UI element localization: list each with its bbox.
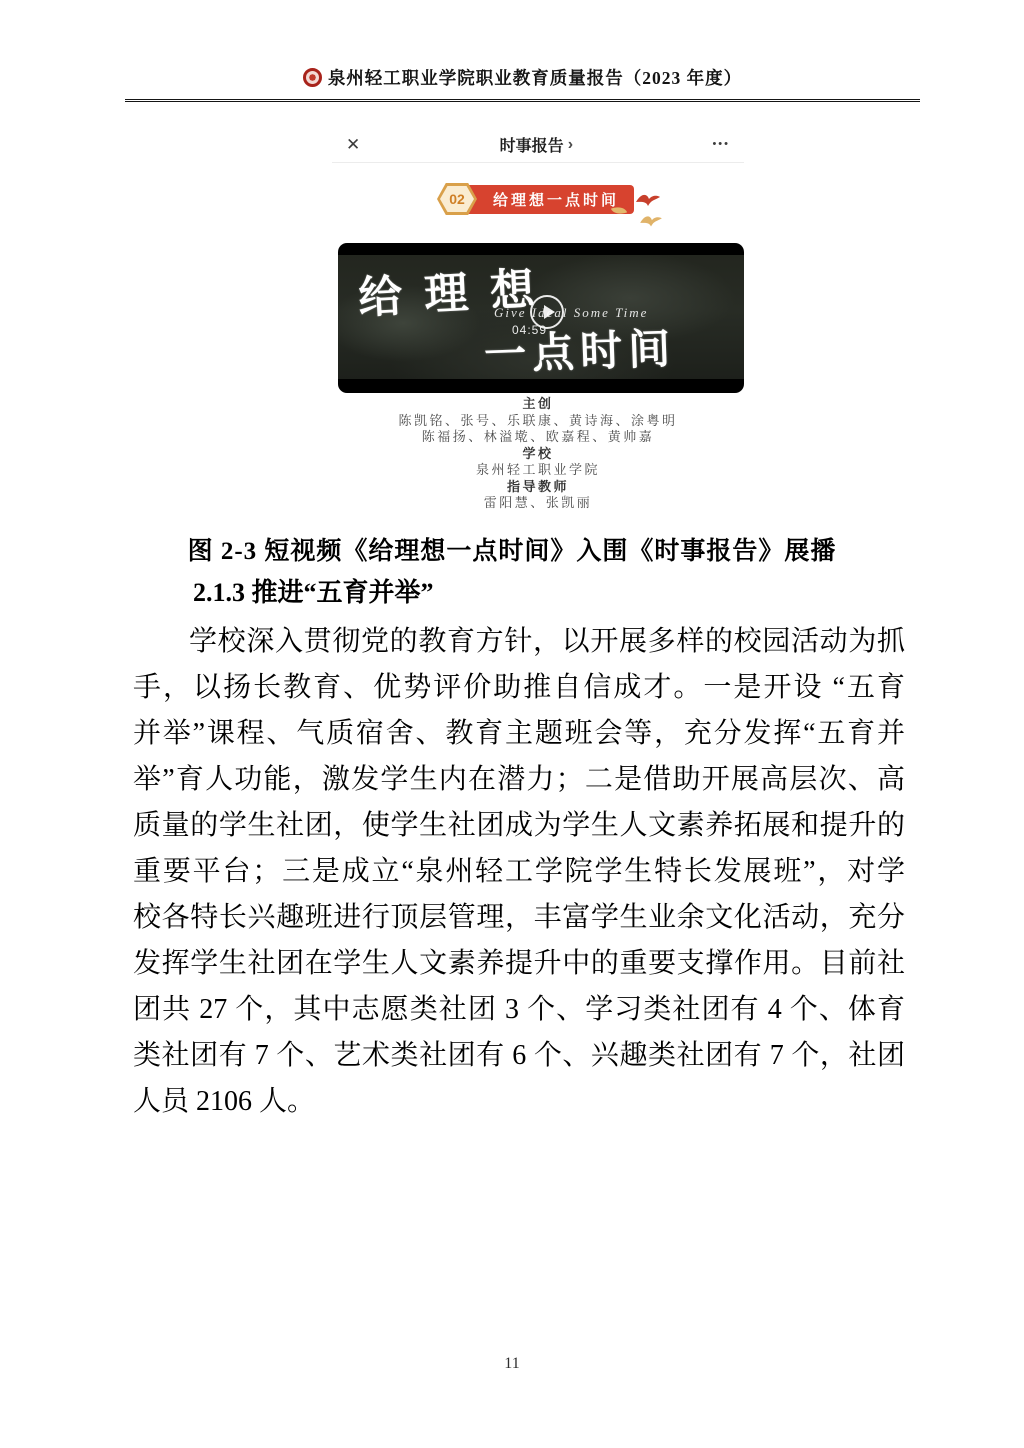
- credit-names: 陈凯铭、张号、乐联康、黄诗海、涂粤明: [332, 413, 744, 430]
- body-paragraph-line: 发挥学生社团在学生人文素养提升中的重要支撑作用。目前社: [133, 941, 905, 987]
- body-paragraph-line: 类社团有 7 个、艺术类社团有 6 个、兴趣类社团有 7 个，社团: [133, 1033, 905, 1079]
- credit-names: 泉州轻工职业学院: [332, 462, 744, 479]
- chevron-right-icon: ›: [568, 136, 573, 154]
- body-paragraph-line: 并举”课程、气质宿舍、教育主题班会等，充分发挥“五育并: [133, 711, 905, 757]
- phone-screenshot-navbar: ✕ 时事报告 › •••: [332, 127, 744, 163]
- credit-role-label: 学校: [332, 446, 744, 463]
- school-seal-icon: [303, 68, 322, 87]
- phone-nav-title-text: 时事报告: [500, 133, 564, 156]
- banner-number-badge-inner: 02: [440, 186, 474, 212]
- page-number: 11: [0, 1355, 1024, 1373]
- more-icon: •••: [712, 139, 730, 150]
- body-paragraph-line: 重要平台；三是成立“泉州轻工学院学生特长发展班”，对学: [133, 849, 905, 895]
- banner-number: 02: [449, 191, 465, 207]
- section-banner: 给理想一点时间: [452, 185, 634, 214]
- section-heading: 2.1.3 推进“五育并举”: [193, 572, 434, 609]
- credit-role-label: 指导教师: [332, 479, 744, 496]
- gold-bird-icon: [638, 213, 664, 231]
- body-paragraph-line: 质量的学生社团，使学生社团成为学生人文素养拓展和提升的: [133, 803, 905, 849]
- body-paragraph-line: 团共 27 个，其中志愿类社团 3 个、学习类社团有 4 个、体育: [133, 987, 905, 1033]
- credits-list: 主创陈凯铭、张号、乐联康、黄诗海、涂粤明陈福扬、林溢墘、欧嘉程、黄帅嘉学校泉州轻…: [332, 396, 744, 512]
- body-paragraph-line: 学校深入贯彻党的教育方针，以开展多样的校园活动为抓: [133, 619, 905, 665]
- play-triangle-icon: [544, 305, 555, 319]
- body-paragraph: 学校深入贯彻党的教育方针，以开展多样的校园活动为抓手，以扬长教育、优势评价助推自…: [133, 619, 905, 1125]
- credit-names: 陈福扬、林溢墘、欧嘉程、黄帅嘉: [332, 429, 744, 446]
- document-header: 泉州轻工职业学院职业教育质量报告（2023 年度）: [125, 64, 920, 102]
- body-paragraph-line: 校各特长兴趣班进行顶层管理，丰富学生业余文化活动，充分: [133, 895, 905, 941]
- credit-names: 雷阳慧、张凯丽: [332, 495, 744, 512]
- phone-nav-title: 时事报告 ›: [500, 133, 573, 156]
- body-paragraph-line: 举”育人功能，激发学生内在潜力；二是借助开展高层次、高: [133, 757, 905, 803]
- video-title-bottom: 一点时间: [483, 316, 677, 383]
- report-title: 泉州轻工职业学院职业教育质量报告（2023 年度）: [328, 65, 742, 90]
- figure-caption: 图 2-3 短视频《给理想一点时间》入围《时事报告》展播: [0, 531, 1024, 567]
- document-page: 泉州轻工职业学院职业教育质量报告（2023 年度） ✕ 时事报告 › ••• 给…: [0, 0, 1024, 1448]
- banner-title: 给理想一点时间: [493, 189, 619, 210]
- body-paragraph-line: 人员 2106 人。: [133, 1079, 905, 1125]
- credit-role-label: 主创: [332, 396, 744, 413]
- video-thumbnail: 给理想 Give Ideal Some Time 04:59 一点时间: [338, 243, 744, 393]
- body-paragraph-line: 手，以扬长教育、优势评价助推自信成才。一是开设 “五育: [133, 665, 905, 711]
- close-icon: ✕: [346, 136, 360, 153]
- red-bird-icon: [634, 191, 662, 211]
